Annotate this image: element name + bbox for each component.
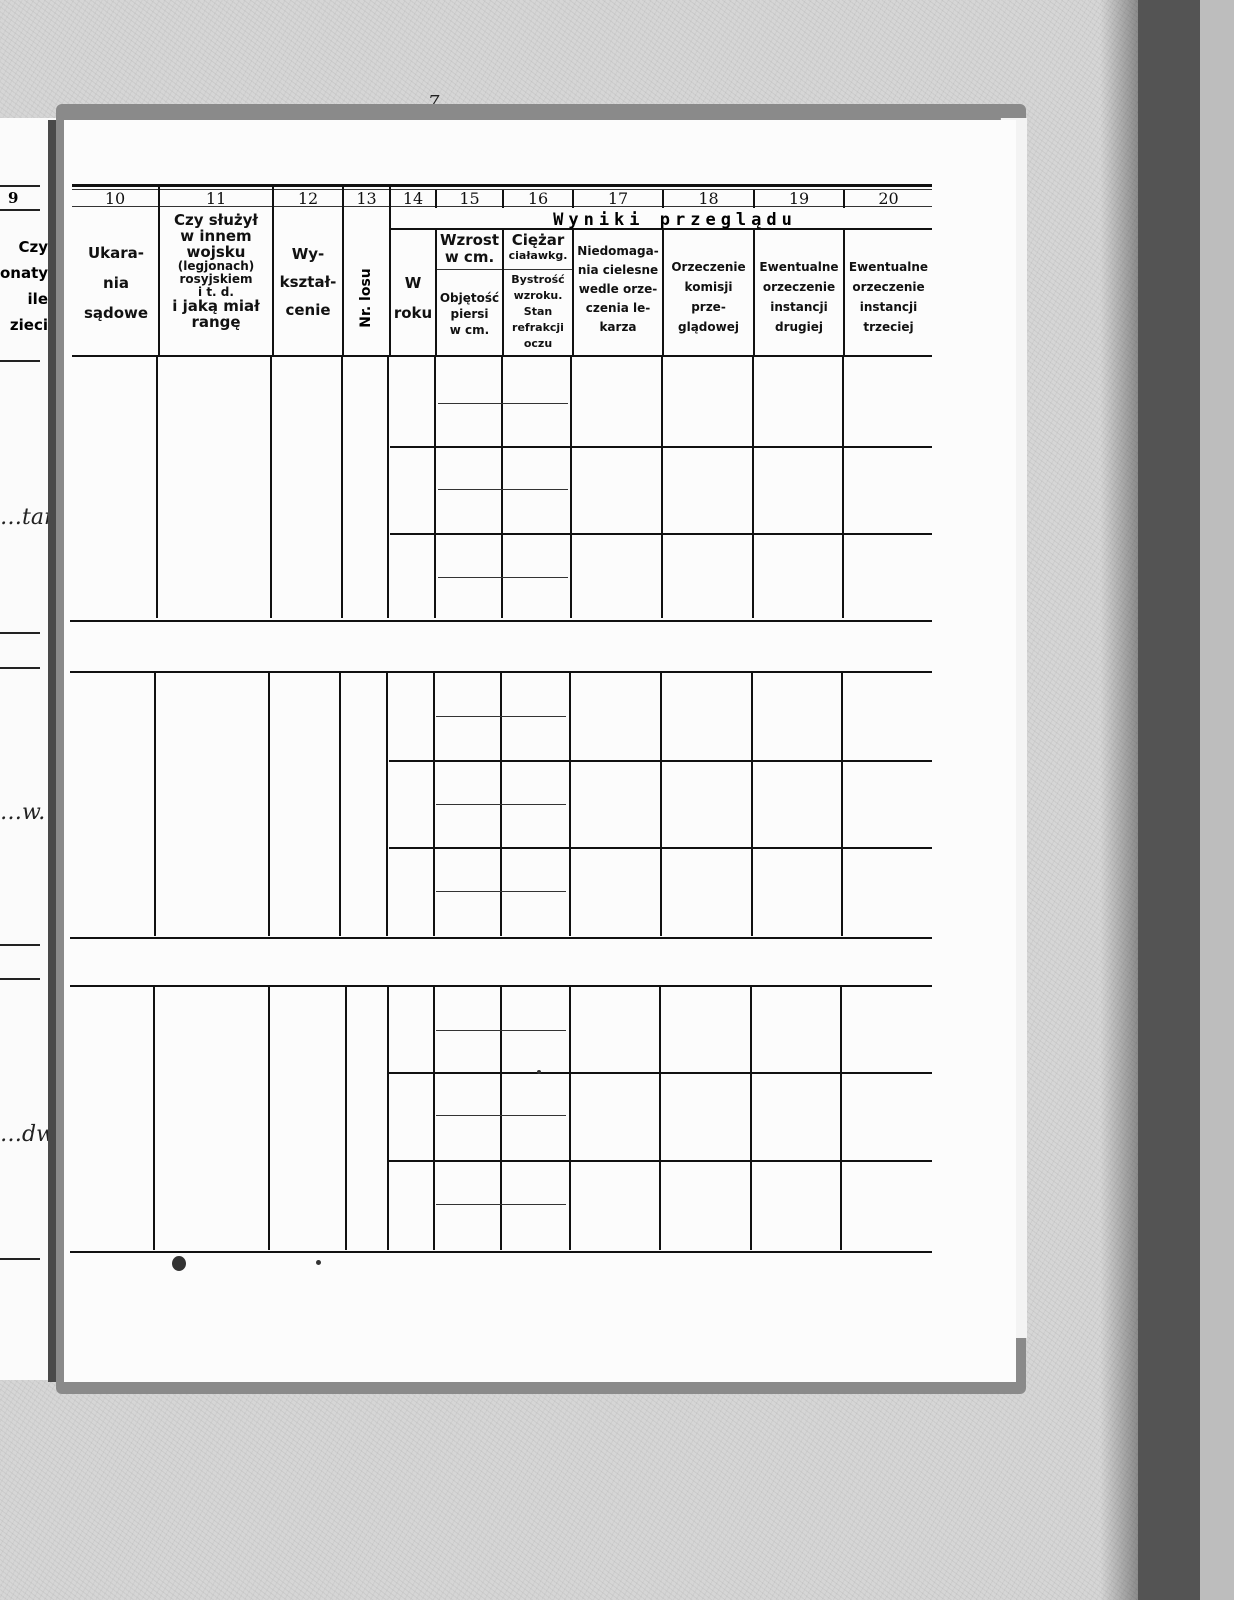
column-number: 20 [845,189,932,208]
col-divider [387,986,389,1250]
binding-shadow [1100,0,1138,1600]
row-rule [389,1072,932,1074]
row-rule [390,446,932,448]
column-number: 12 [274,189,342,208]
header-col-16-bottom: Bystrość wzroku. Stan refrakcji oczu [504,272,572,352]
column-number: 13 [344,189,389,208]
row-rule [390,533,932,535]
col-divider [156,356,158,618]
sub-row-rule [438,403,568,404]
ink-dot [316,1260,321,1265]
col-divider [433,672,435,936]
col-divider [434,356,436,618]
left-rule [0,667,40,669]
binding-edge [1200,0,1234,1600]
col-divider [342,184,344,356]
col-divider [659,986,661,1250]
col-divider [270,356,272,618]
column-number: 15 [437,189,502,208]
header-col-20: Ewentualne orzeczenie instancji trzeciej [845,257,932,337]
sub-row-rule [436,716,566,717]
header-col-15-bottom: Objętość piersi w cm. [437,290,502,338]
col-divider [570,356,572,618]
col-divider [841,672,843,936]
left-rule [0,944,40,946]
col-divider [501,356,503,618]
block-bottom-rule [70,620,932,622]
col-divider [661,356,663,618]
col-divider [751,672,753,936]
header-col-11: Czy służył w innem wojsku (legjonach) ro… [160,212,272,330]
column-number: 16 [504,189,572,208]
header-col-14: W roku [391,268,435,328]
col-divider [339,672,341,936]
col-divider [268,986,270,1250]
left-rule [0,1258,40,1260]
column-number: 19 [755,189,843,208]
header-col-15-top: Wzrost w cm. [437,232,502,266]
row-rule [389,847,932,849]
col-divider [387,356,389,618]
col-divider [386,672,388,936]
col-divider [268,672,270,936]
sub-row-rule [436,804,566,805]
header-col-12: Wy- kształ- cenie [274,240,342,324]
col-divider [345,986,347,1250]
sub-row-rule [438,489,568,490]
left-rule [0,185,40,187]
col-divider [569,672,571,936]
col-divider [154,672,156,936]
header-col-19: Ewentualne orzeczenie instancji drugiej [755,257,843,337]
sub-row-rule [438,577,568,578]
ink-dot [537,1070,541,1074]
header-col-10: Ukara- nia sądowe [74,238,158,328]
left-column-header: Czy onaty ile zieci [0,234,48,338]
left-rule [0,209,40,211]
column-number: 14 [391,189,435,208]
sub-row-rule [436,1115,566,1116]
header-col-13: Nr. losu [358,268,374,328]
col-divider [153,986,155,1250]
group-header-wyniki: Wyniki przeglądu [430,210,920,230]
row-rule [389,760,932,762]
book-binding [1138,0,1200,1600]
handwritten-entry: …w. [0,800,45,825]
col-divider [569,986,571,1250]
left-rule [0,978,40,980]
col-divider [433,986,435,1250]
subheader-split-rule [436,269,572,270]
row-rule [389,1160,932,1162]
sub-row-rule [436,891,566,892]
table-top-rule [72,184,932,187]
ink-blot [172,1256,186,1271]
col-divider [750,986,752,1250]
header-col-16-top: Ciężar ciaławkg. [504,232,572,262]
col-divider [500,986,502,1250]
column-number: 11 [160,189,272,208]
sub-row-rule [436,1204,566,1205]
header-col-18: Orzeczenie komisji prze- glądowej [664,257,753,337]
col-divider [752,356,754,618]
column-number: 10 [72,189,158,208]
table-bottom-rule [70,1251,932,1253]
handwritten-entry: …dw [0,1122,55,1147]
col-divider [840,986,842,1250]
column-number: 17 [574,189,662,208]
block-bottom-rule [70,937,932,939]
left-rule [0,632,40,634]
left-column-number: 9 [8,189,18,207]
col-divider [660,672,662,936]
col-divider [842,356,844,618]
col-divider [341,356,343,618]
header-col-17: Niedomaga- nia cielesne wedle orze- czen… [574,242,662,337]
left-rule [0,360,40,362]
column-number: 18 [664,189,753,208]
sub-row-rule [436,1030,566,1031]
